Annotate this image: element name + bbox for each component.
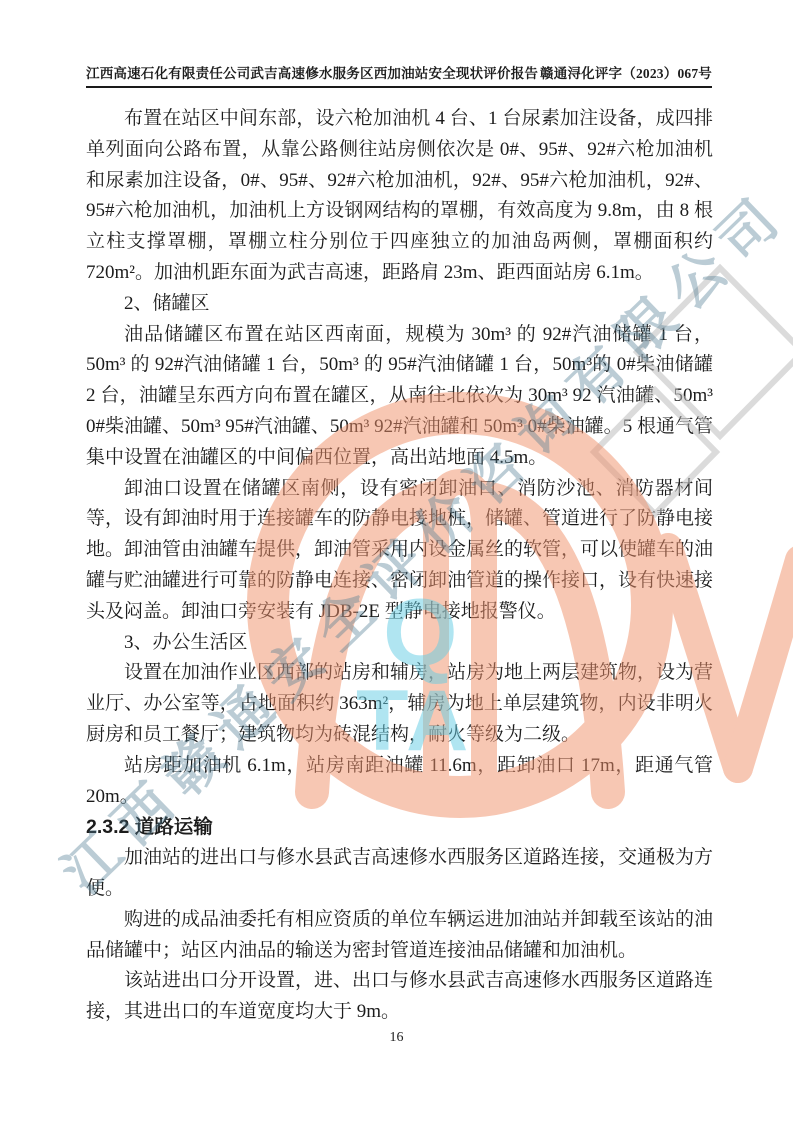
header-document-number: 赣通浔化评字（2023）067号 — [540, 62, 712, 82]
paragraph-dispenser-area: 布置在站区中间东部，设六枪加油机 4 台、1 台尿素加注设备，成四排单列面向公路… — [86, 104, 713, 289]
page-header: 江西高速石化有限责任公司武吉高速修水服务区西加油站安全现状评价报告 赣通浔化评字… — [86, 62, 712, 88]
paragraph-station-distances: 站房距加油机 6.1m，站房南距油罐 11.6m，距卸油口 17m，距通气管 2… — [86, 751, 713, 813]
paragraph-road-connection: 加油站的进出口与修水县武吉高速修水西服务区道路连接，交通极为方便。 — [86, 843, 713, 905]
header-report-title: 江西高速石化有限责任公司武吉高速修水服务区西加油站安全现状评价报告 — [86, 62, 538, 82]
paragraph-unloading-port: 卸油口设置在储罐区南侧，设有密闭卸油口、消防沙池、消防器材间等，设有卸油时用于连… — [86, 474, 713, 628]
page-number: 16 — [0, 1030, 793, 1046]
document-page: 江西高速石化有限责任公司武吉高速修水服务区西加油站安全现状评价报告 赣通浔化评字… — [0, 0, 793, 1122]
subheading-tank-area: 2、储罐区 — [86, 289, 713, 320]
section-heading-road-transport: 2.3.2 道路运输 — [86, 812, 713, 843]
paragraph-office-buildings: 设置在加油作业区西部的站房和辅房，站房为地上两层建筑物，设为营业厅、办公室等，占… — [86, 658, 713, 750]
paragraph-oil-delivery: 购进的成品油委托有相应资质的单位车辆运进加油站并卸载至该站的油品储罐中；站区内油… — [86, 905, 713, 967]
subheading-office-area: 3、办公生活区 — [86, 628, 713, 659]
paragraph-tank-layout: 油品储罐区布置在站区西南面，规模为 30m³ 的 92#汽油储罐 1 台，50m… — [86, 320, 713, 474]
document-body: 布置在站区中间东部，设六枪加油机 4 台、1 台尿素加注设备，成四排单列面向公路… — [86, 104, 713, 1028]
paragraph-entrance-exit: 该站进出口分开设置，进、出口与修水县武吉高速修水西服务区道路连接，其进出口的车道… — [86, 966, 713, 1028]
